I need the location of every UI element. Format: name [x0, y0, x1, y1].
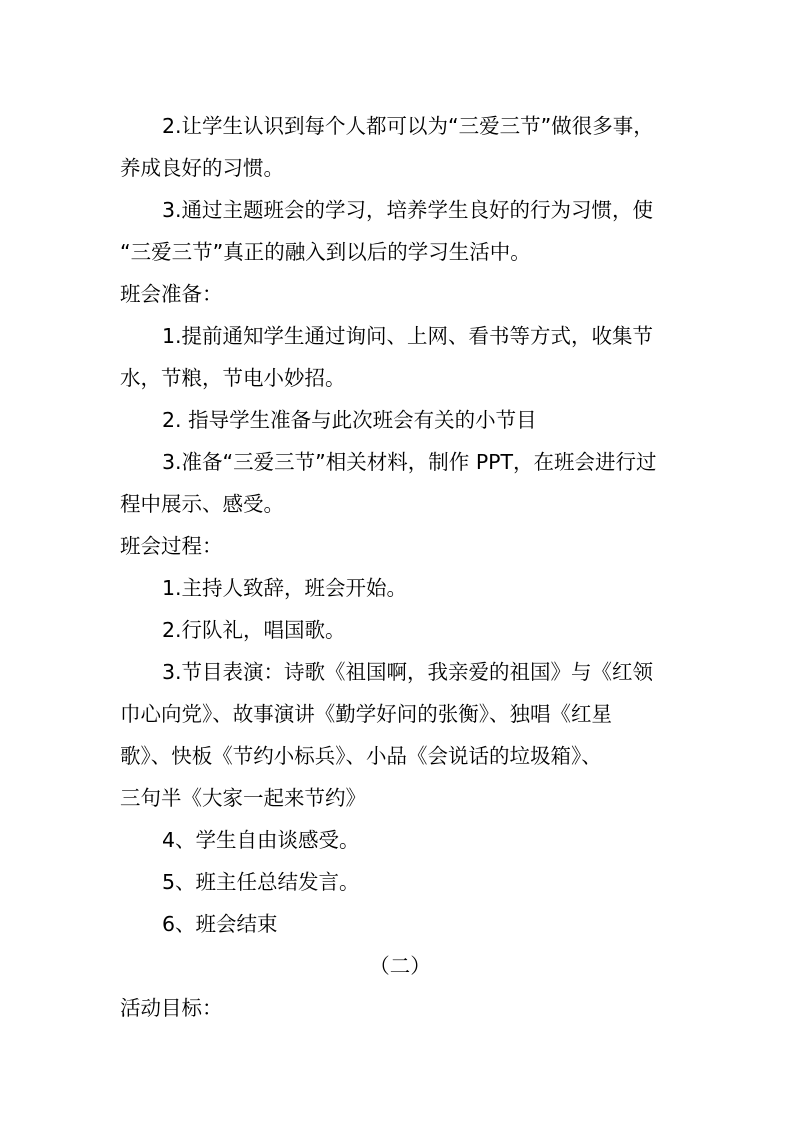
goal-item-2-continued: 养成良好的习惯。 [120, 147, 680, 189]
part-two-heading: （二） [120, 945, 680, 987]
preparation-item-1-continued: 水，节粮，节电小妙招。 [120, 357, 680, 399]
goal-item-2: 2.让学生认识到每个人都可以为“三爱三节”做很多事， [120, 105, 680, 147]
section-heading-activity-goals: 活动目标： [120, 987, 680, 1029]
process-item-4: 4、学生自由谈感受。 [120, 819, 680, 861]
process-item-5: 5、班主任总结发言。 [120, 861, 680, 903]
section-heading-process: 班会过程： [120, 525, 680, 567]
process-item-3-continued-3: 三句半《大家一起来节约》 [120, 777, 680, 819]
section-heading-preparation: 班会准备： [120, 273, 680, 315]
preparation-item-3-continued: 程中展示、感受。 [120, 483, 680, 525]
document-page: 2.让学生认识到每个人都可以为“三爱三节”做很多事， 养成良好的习惯。 3.通过… [120, 105, 680, 1029]
preparation-item-2: 2. 指导学生准备与此次班会有关的小节目 [120, 399, 680, 441]
goal-item-3-continued: “三爱三节”真正的融入到以后的学习生活中。 [120, 231, 680, 273]
process-item-3-continued-1: 巾心向党》、故事演讲《勤学好问的张衡》、独唱《红星 [120, 693, 680, 735]
preparation-item-3: 3.准备“三爱三节”相关材料，制作 PPT，在班会进行过 [120, 441, 680, 483]
process-item-6: 6、班会结束 [120, 903, 680, 945]
process-item-3: 3.节目表演：诗歌《祖国啊，我亲爱的祖国》与《红领 [120, 651, 680, 693]
process-item-3-continued-2: 歌》、快板《节约小标兵》、小品《会说话的垃圾箱》、 [120, 735, 680, 777]
process-item-1: 1.主持人致辞，班会开始。 [120, 567, 680, 609]
preparation-item-1: 1.提前通知学生通过询问、上网、看书等方式，收集节 [120, 315, 680, 357]
goal-item-3: 3.通过主题班会的学习，培养学生良好的行为习惯，使 [120, 189, 680, 231]
process-item-2: 2.行队礼，唱国歌。 [120, 609, 680, 651]
